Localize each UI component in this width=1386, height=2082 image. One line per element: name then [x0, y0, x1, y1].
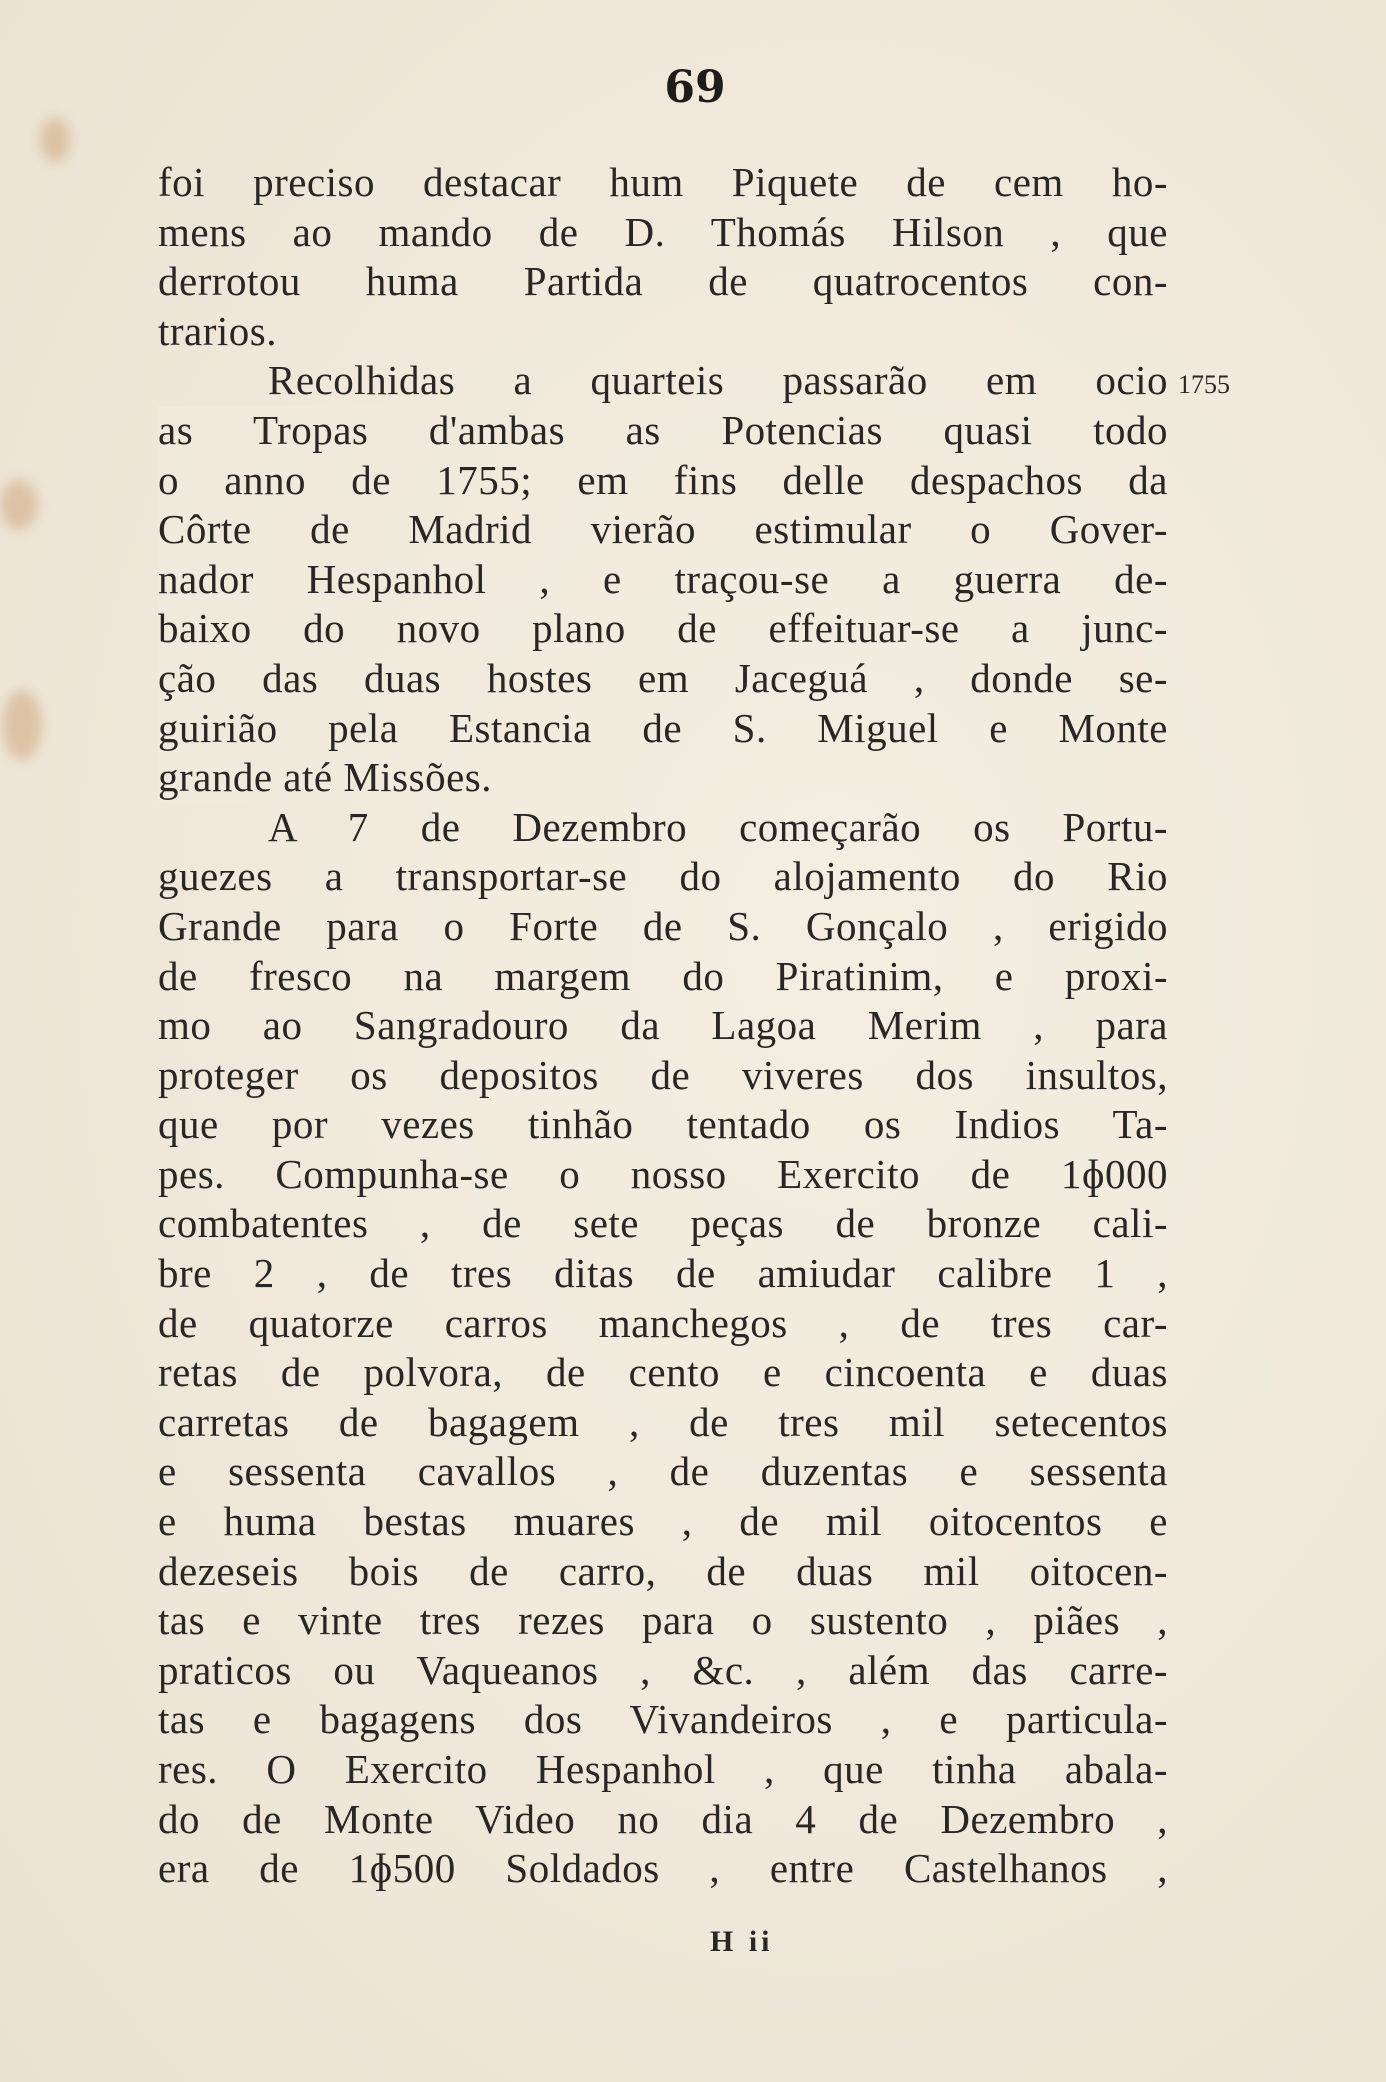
signature-mark: H ii [710, 1925, 774, 1959]
text-line: proteger os depositos de viveres dos ins… [158, 1051, 1168, 1101]
text-line: nador Hespanhol , e traçou-se a guerra d… [158, 555, 1168, 605]
text-line: as Tropas d'ambas as Potencias quasi tod… [158, 406, 1168, 456]
text-line: combatentes , de sete peças de bronze ca… [158, 1199, 1168, 1249]
page-number: 69 [645, 62, 745, 113]
text-line: que por vezes tinhão tentado os Indios T… [158, 1100, 1168, 1150]
text-line: Grande para o Forte de S. Gonçalo , erig… [158, 902, 1168, 952]
paragraph-start-line: A 7 de Dezembro começarão os Portu- [158, 803, 1168, 853]
book-page: 69 1755 foi preciso destacar hum Piquete… [0, 0, 1386, 2082]
text-line: guezes a transportar-se do alojamento do… [158, 852, 1168, 902]
text-line: de quatorze carros manchegos , de tres c… [158, 1299, 1168, 1349]
text-line: foi preciso destacar hum Piquete de cem … [158, 158, 1168, 208]
text-line: tas e vinte tres rezes para o sustento ,… [158, 1596, 1168, 1646]
text-line: dezeseis bois de carro, de duas mil oito… [158, 1547, 1168, 1597]
text-line: e sessenta cavallos , de duzentas e sess… [158, 1447, 1168, 1497]
text-line: derrotou huma Partida de quatrocentos co… [158, 257, 1168, 307]
text-line: carretas de bagagem , de tres mil setece… [158, 1398, 1168, 1448]
margin-note-year: 1755 [1178, 370, 1230, 400]
text-line: e huma bestas muares , de mil oitocentos… [158, 1497, 1168, 1547]
foxing-stain [2, 690, 42, 760]
text-line: pes. Compunha-se o nosso Exercito de 1ɸ0… [158, 1150, 1168, 1200]
text-line: era de 1ɸ500 Soldados , entre Castelhano… [158, 1844, 1168, 1894]
paragraph-start-line: Recolhidas a quarteis passarão em ocio [158, 356, 1168, 406]
text-line: retas de polvora, de cento e cincoenta e… [158, 1348, 1168, 1398]
text-line: guirião pela Estancia de S. Miguel e Mon… [158, 704, 1168, 754]
text-line: tas e bagagens dos Vivandeiros , e parti… [158, 1695, 1168, 1745]
text-line: o anno de 1755; em fins delle despachos … [158, 456, 1168, 506]
text-line: mo ao Sangradouro da Lagoa Merim , para [158, 1001, 1168, 1051]
text-line: de fresco na margem do Piratinim, e prox… [158, 952, 1168, 1002]
foxing-stain [40, 118, 70, 162]
text-line: do de Monte Video no dia 4 de Dezembro , [158, 1795, 1168, 1845]
text-line: trarios. [158, 307, 1168, 357]
text-line: grande até Missões. [158, 753, 1168, 803]
body-text: foi preciso destacar hum Piquete de cem … [158, 158, 1168, 1894]
text-line: res. O Exercito Hespanhol , que tinha ab… [158, 1745, 1168, 1795]
text-line: mens ao mando de D. Thomás Hilson , que [158, 208, 1168, 258]
text-line: bre 2 , de tres ditas de amiudar calibre… [158, 1249, 1168, 1299]
text-line: praticos ou Vaqueanos , &c. , além das c… [158, 1646, 1168, 1696]
text-line: Côrte de Madrid vierão estimular o Gover… [158, 505, 1168, 555]
foxing-stain [0, 480, 38, 530]
text-line: baixo do novo plano de effeituar-se a ju… [158, 604, 1168, 654]
text-line: ção das duas hostes em Jaceguá , donde s… [158, 654, 1168, 704]
